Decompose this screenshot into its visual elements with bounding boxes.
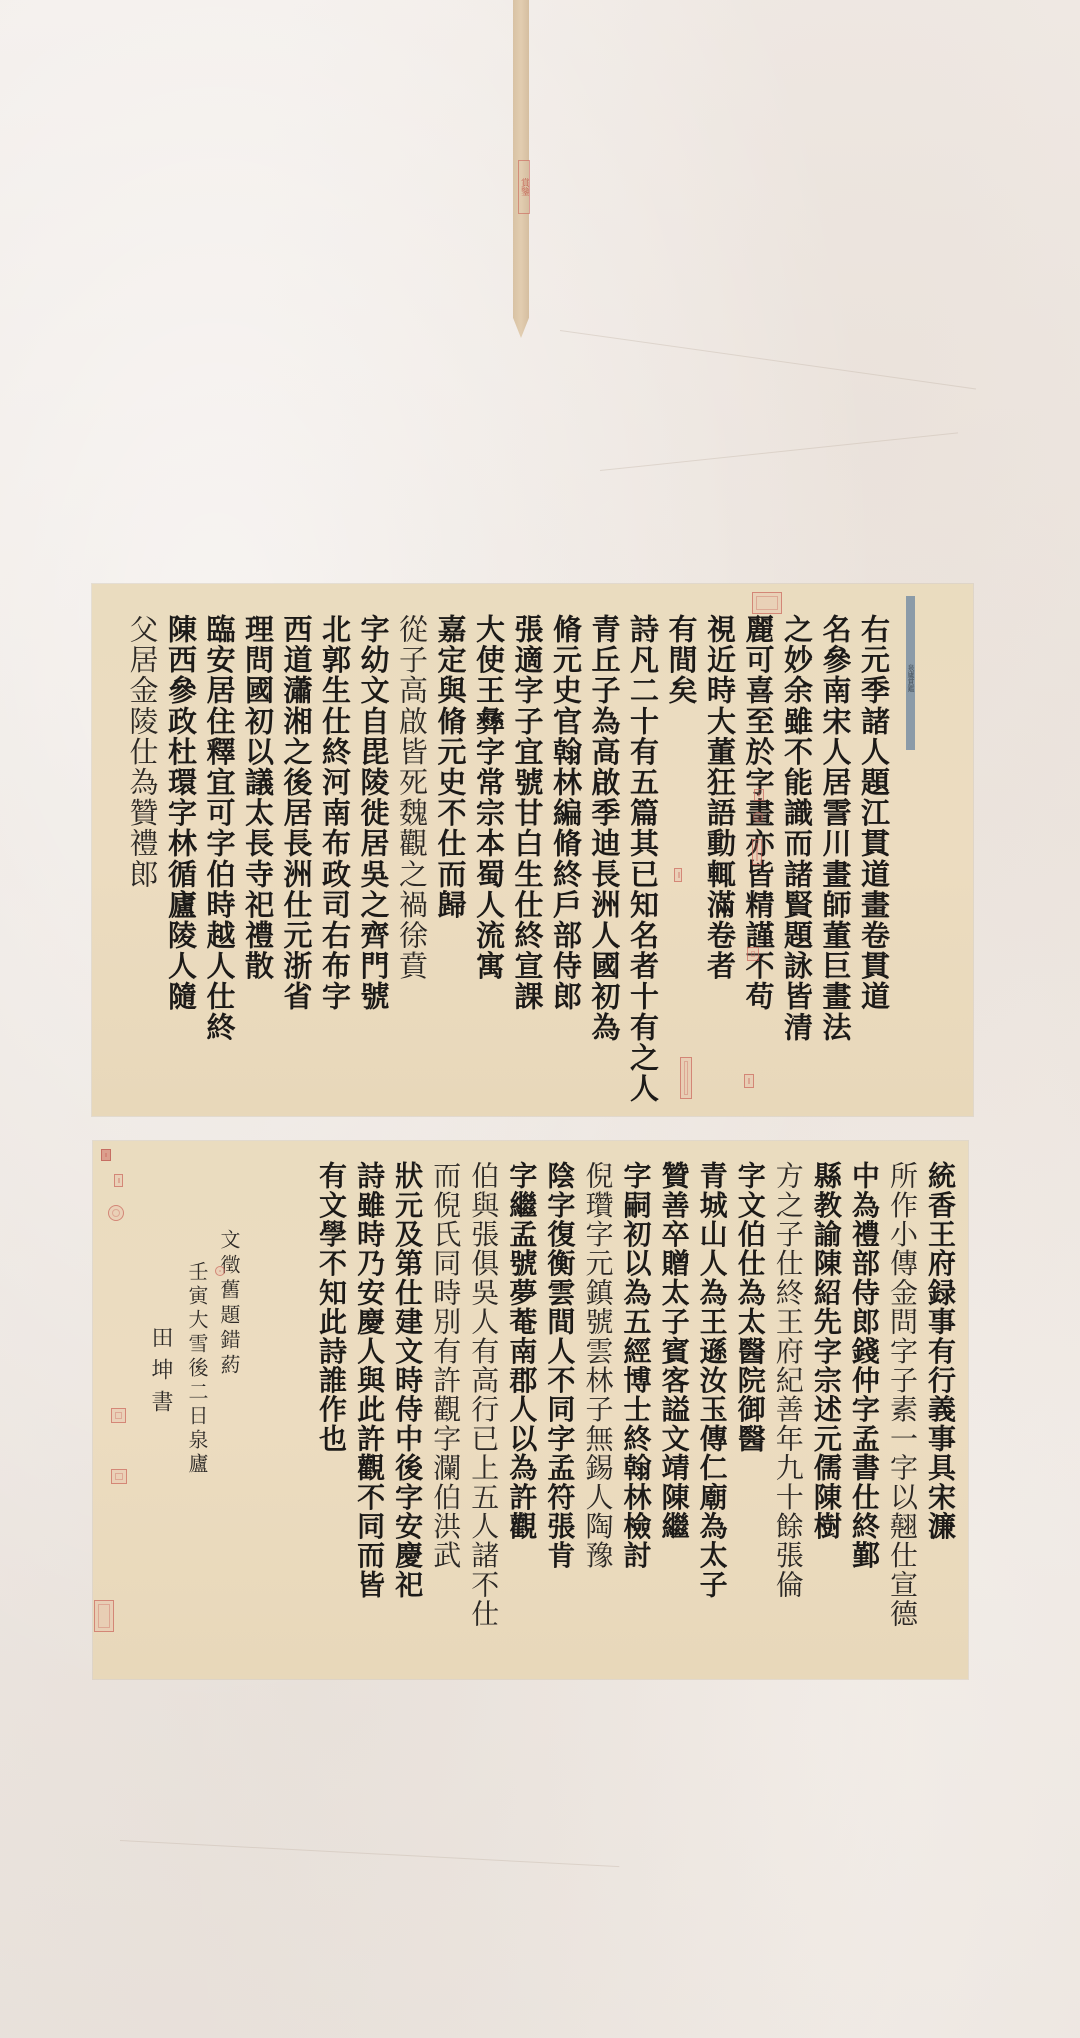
text-column: 從子高啟皆死魏觀之禍徐賁 <box>395 614 434 1116</box>
text-column: 狀元及第仕建文時侍中後字安慶祀 <box>389 1161 427 1679</box>
collector-seal <box>215 1266 225 1276</box>
collector-seal <box>747 947 759 961</box>
text-column: 理問國初以議太長寺祀禮散 <box>241 614 280 1116</box>
lower-text-columns: 統香王府録事有行義事具宋濂 所作小傳金問字子素一字以翹仕宣德 中為禮部侍郎錢仲字… <box>313 1141 960 1679</box>
text-column: 伯與張俱吳人有高行已上五人諸不仕 <box>465 1161 503 1679</box>
collector-seal: 賞鑒 <box>518 160 530 214</box>
text-column: 所作小傳金問字子素一字以翹仕宣德 <box>884 1161 922 1679</box>
collector-seal <box>108 1205 124 1221</box>
text-column: 臨安居住釋宜可字伯時越人仕終 <box>202 614 241 1116</box>
text-column: 統香王府録事有行義事具宋濂 <box>922 1161 960 1679</box>
text-column: 詩凡二十有五篇其已知名者十有之人 <box>626 614 665 1116</box>
text-column: 方之子仕終王府紀善年九十餘張倫 <box>770 1161 808 1679</box>
text-column: 中為禮部侍郎錢仲字孟書仕終鄞 <box>846 1161 884 1679</box>
upper-text-columns: 右元季諸人題江貫道畫卷貫道 名參南宋人居霅川畫師董巨畫法 之妙余雖不能識而諸賢題… <box>100 584 895 1116</box>
text-column: 麗可喜至於字畫亦皆精謹不苟 <box>741 614 780 1116</box>
text-column: 嘉定與脩元史不仕而歸 <box>433 614 472 1116</box>
lower-calligraphy-panel: 統香王府録事有行義事具宋濂 所作小傳金問字子素一字以翹仕宣德 中為禮部侍郎錢仲字… <box>93 1141 968 1679</box>
inscription-date: 壬寅大雪後二日泉廬 <box>183 1261 212 1477</box>
text-column: 字嗣初以為五經博士終翰林檢討 <box>617 1161 655 1679</box>
text-column: 青丘子為高啟季迪長洲人國初為 <box>587 614 626 1116</box>
text-column: 字文伯仕為太醫院御醫 <box>732 1161 770 1679</box>
text-column: 脩元史官翰林編脩終戶部侍郎 <box>549 614 588 1116</box>
text-column: 而倪氏同時別有許觀字瀾伯洪武 <box>427 1161 465 1679</box>
collector-seal <box>753 812 763 822</box>
title-slip: 泉廬賞鑑 <box>906 596 915 750</box>
text-column: 西道瀟湘之後居長洲仕元浙省 <box>279 614 318 1116</box>
text-column: 右元季諸人題江貫道畫卷貫道 <box>857 614 896 1116</box>
text-column: 有間矣 <box>664 614 703 1116</box>
text-column: 倪瓚字元鎮號雲林子無錫人陶豫 <box>579 1161 617 1679</box>
collector-seal <box>680 1057 692 1099</box>
inscription-line: 文徵舊題錯葯 <box>215 1229 244 1379</box>
artist-seal <box>111 1408 126 1423</box>
collector-seal <box>674 868 682 882</box>
collector-seal <box>752 839 762 865</box>
text-column: 陰字復衡雲間人不同字孟符張肯 <box>541 1161 579 1679</box>
upper-calligraphy-panel: 泉廬賞鑑 右元季諸人題江貫道畫卷貫道 名參南宋人居霅川畫師董巨畫法 之妙余雖不能… <box>92 584 973 1116</box>
text-column: 字幼文自毘陵徙居吳之齊門號 <box>356 614 395 1116</box>
text-column: 北郭生仕終河南布政司右布字 <box>318 614 357 1116</box>
text-column: 視近時大董狂語動輒滿卷者 <box>703 614 742 1116</box>
text-column: 之妙余雖不能識而諸賢題詠皆清 <box>780 614 819 1116</box>
text-column: 大使王彝字常宗本蜀人流寓 <box>472 614 511 1116</box>
collector-seal <box>101 1149 111 1161</box>
text-column: 贊善卒贈太子賓客謚文靖陳繼 <box>656 1161 694 1679</box>
collector-seal <box>752 592 782 614</box>
text-column: 陳西參政杜環字林循廬陵人隨 <box>164 614 203 1116</box>
text-column: 父居金陵仕為贊禮郎 <box>125 614 164 1116</box>
artist-signature: 田坤書 <box>145 1326 176 1422</box>
text-column: 張適字子宜號甘白生仕終宣課 <box>510 614 549 1116</box>
artist-seal <box>111 1469 127 1484</box>
collector-seal <box>94 1600 114 1632</box>
collector-seal <box>754 789 764 801</box>
text-column: 名參南宋人居霅川畫師董巨畫法 <box>818 614 857 1116</box>
collector-seal <box>744 1074 754 1088</box>
text-column: 字繼孟號夢菴南郡人以為許觀 <box>503 1161 541 1679</box>
text-column: 有文學不知此詩誰作也 <box>313 1161 351 1679</box>
text-column: 青城山人為王遜汝玉傳仁廟為太子 <box>694 1161 732 1679</box>
text-column: 縣教諭陳紹先字宗述元儒陳樹 <box>808 1161 846 1679</box>
text-column: 詩雖時乃安慶人與此許觀不同而皆 <box>351 1161 389 1679</box>
collector-seal <box>114 1174 123 1187</box>
